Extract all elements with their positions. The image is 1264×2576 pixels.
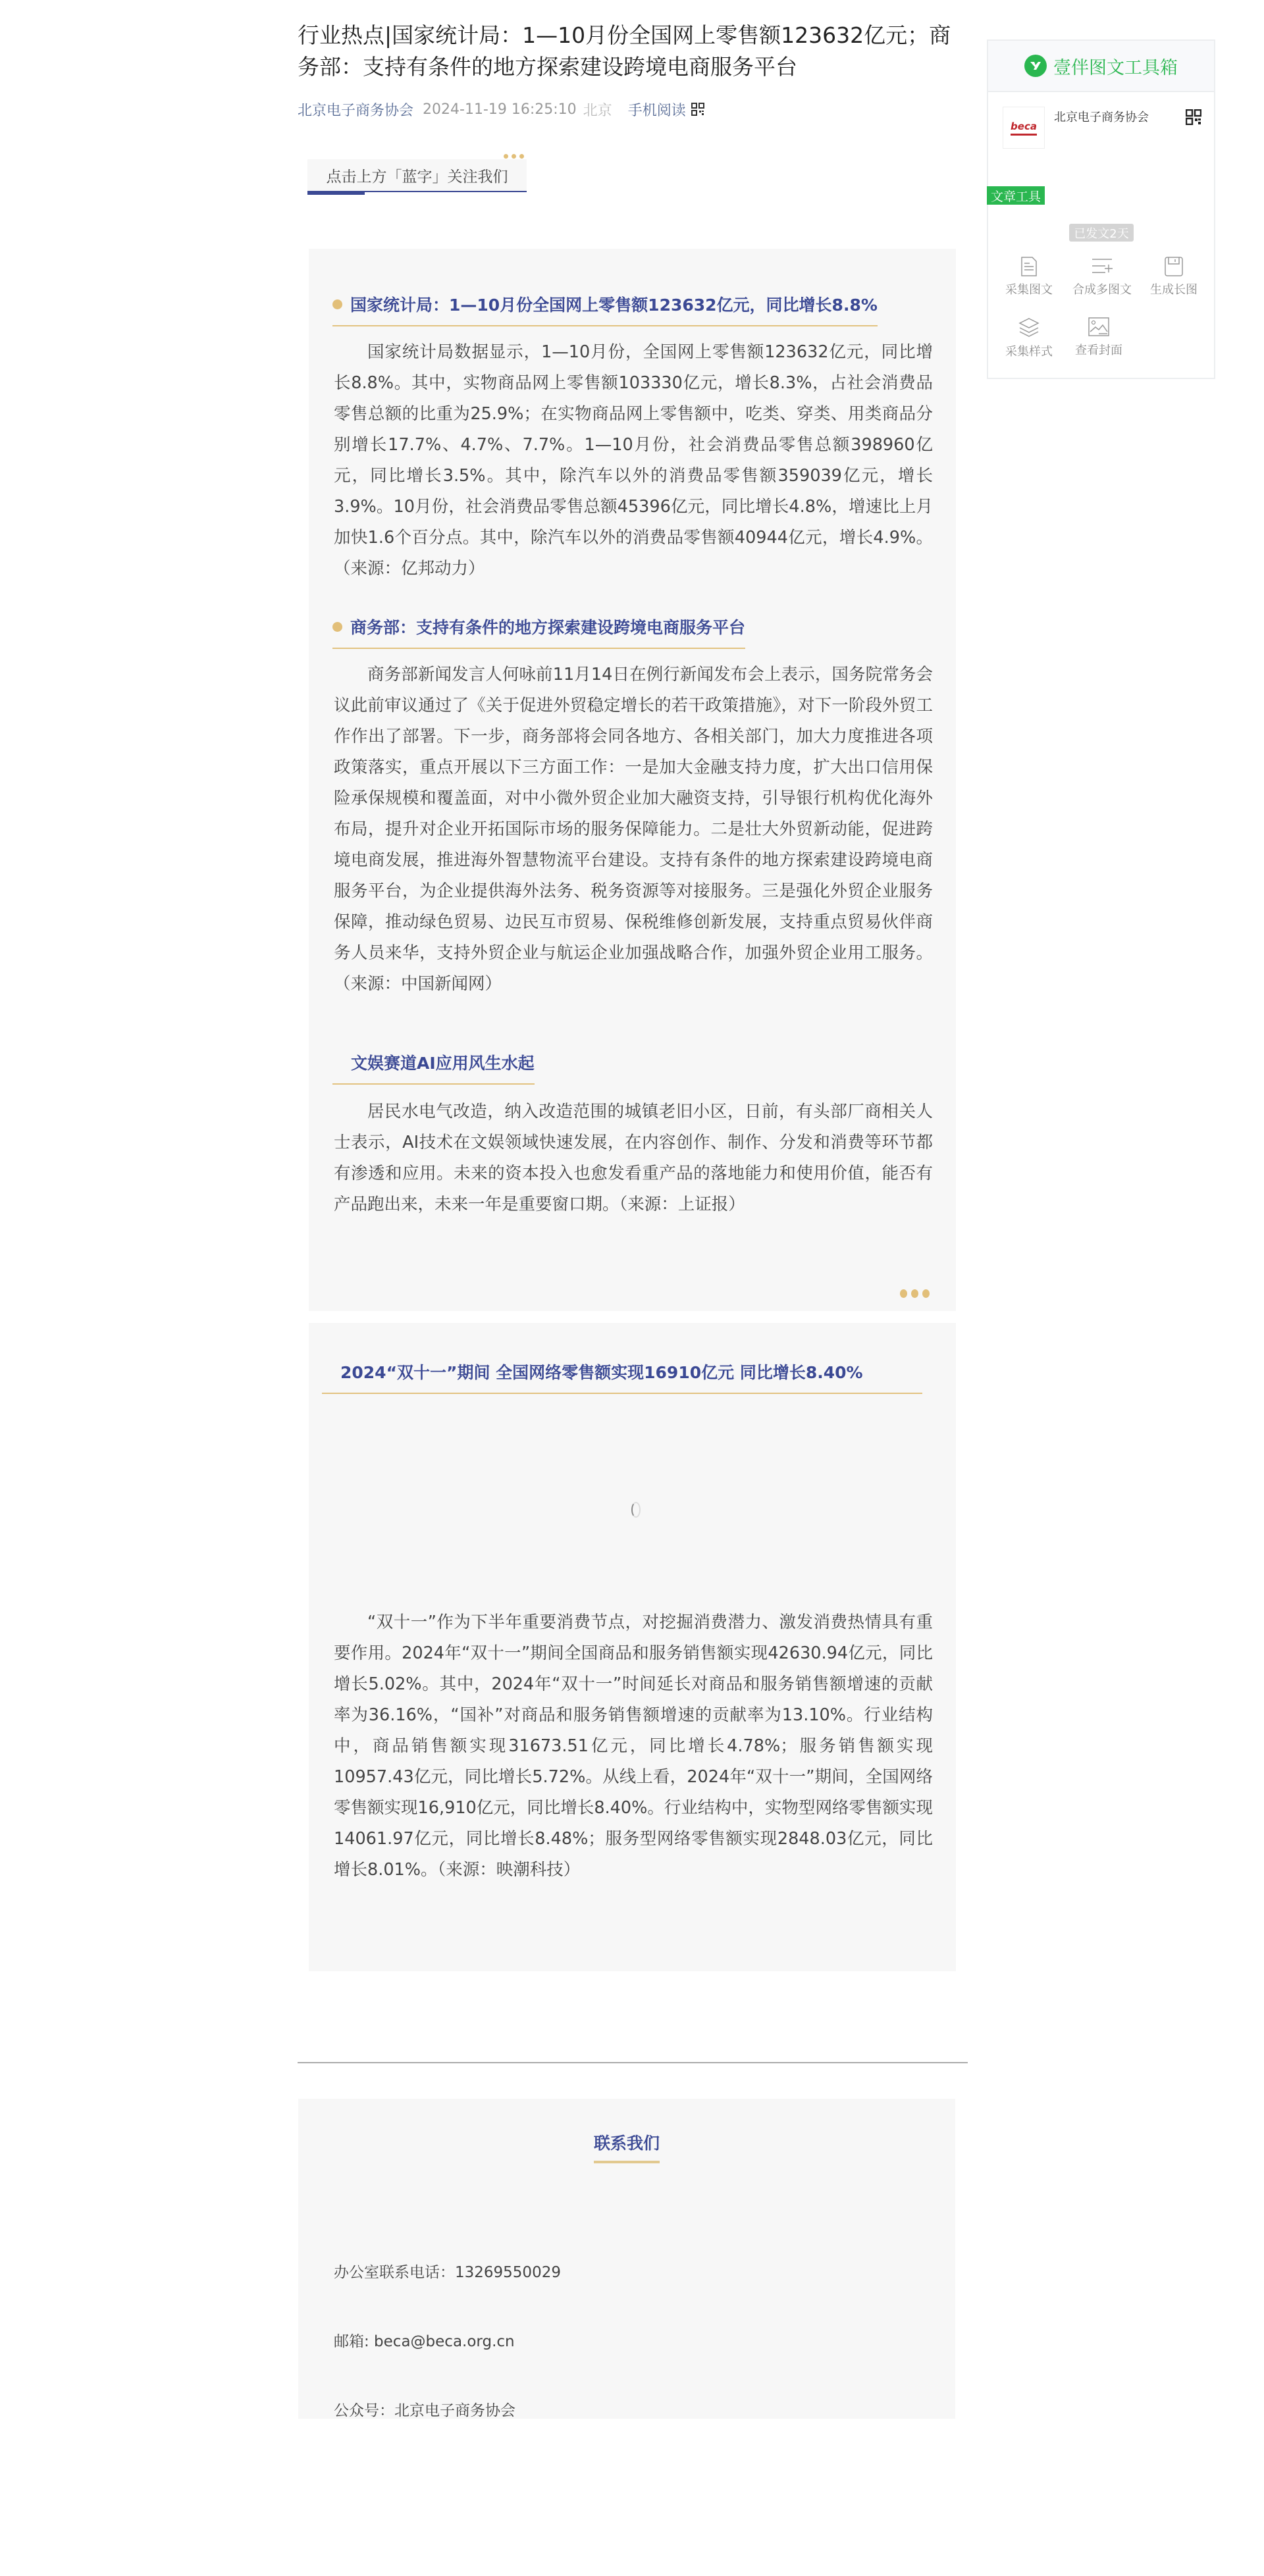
image-icon [1088,317,1109,337]
qr-code-icon[interactable] [691,103,704,116]
section-body-2: 商务部新闻发言人何咏前11月14日在例行新闻发布会上表示，国务院常务会议此前审议… [334,659,933,1000]
contact-email: 邮箱: beca@beca.org.cn [322,2326,934,2354]
document-icon [1020,257,1038,276]
bullet-dot-icon [332,622,342,632]
publish-date: 2024-11-19 16:25:10 [423,101,577,118]
account-name: 北京电子商务协会 [1054,108,1149,125]
section-body-4: “双十一”作为下半年重要消费节点，对挖掘消费潜力、激发消费热情具有重要作用。20… [334,1607,933,1886]
section-body-1: 国家统计局数据显示，1—10月份，全国网上零售额123632亿元，同比增长8.8… [334,337,933,584]
days-badge: 已发文2天 [1069,224,1134,242]
article-meta: 北京电子商务协会 2024-11-19 16:25:10 北京 手机阅读 [298,99,704,120]
article-tools-label: 文章工具 [987,186,1045,205]
contact-title: 联系我们 [298,2130,955,2163]
save-icon [1164,257,1184,276]
qr-code-icon[interactable] [1186,109,1201,125]
tool-view-cover[interactable]: 查看封面 [1066,317,1132,358]
contact-card: 联系我们 办公室联系电话：13269550029 邮箱: beca@beca.o… [298,2099,955,2419]
tool-merge-articles[interactable]: 合成多图文 [1066,257,1138,297]
tool-collect-article[interactable]: 采集图文 [996,257,1062,297]
toolbox-panel: 壹伴图文工具箱 beca 北京电子商务协会 文章工具 已发文2天 采集图文 合成… [987,39,1215,379]
section-heading-3: 文娱赛道AI应用风生水起 [332,1050,535,1085]
article-title: 行业热点|国家统计局：1—10月份全国网上零售额123632亿元；商务部：支持有… [298,20,969,83]
follow-banner-text: 点击上方「蓝字」关注我们 [327,165,508,186]
list-add-icon [1091,257,1113,276]
toolbox-title: 壹伴图文工具箱 [1053,53,1178,79]
author-link[interactable]: 北京电子商务协会 [298,99,413,120]
contact-phone: 办公室联系电话：13269550029 [322,2257,934,2284]
news-card-2: 2024“双十一”期间 全国网络零售额实现16910亿元 同比增长8.40% “… [309,1323,956,1971]
section-heading-4: 2024“双十一”期间 全国网络零售额实现16910亿元 同比增长8.40% [322,1360,922,1394]
news-card-1: 国家统计局：1—10月份全国网上零售额123632亿元，同比增长8.8% 国家统… [309,249,956,1311]
banner-accent-bar [307,191,365,195]
yiban-logo-icon [1024,55,1047,77]
contact-account: 公众号：北京电子商务协会 [322,2395,934,2423]
avatar: beca [1003,107,1045,149]
account-info: beca 北京电子商务协会 [1003,107,1200,149]
section-heading-2: 商务部：支持有条件的地方探索建设跨境电商服务平台 [332,615,745,649]
loading-spinner-icon [631,1502,641,1518]
publish-location: 北京 [583,99,612,120]
divider [298,2062,968,2063]
dots-decoration-icon [504,154,524,159]
mobile-read-link[interactable]: 手机阅读 [628,99,686,120]
follow-banner: 点击上方「蓝字」关注我们 [307,159,527,192]
toolbox-header[interactable]: 壹伴图文工具箱 [988,41,1214,92]
tool-collect-style[interactable]: 采集样式 [996,317,1062,359]
more-dots-icon [900,1289,930,1298]
tool-long-image[interactable]: 生成长图 [1141,257,1207,297]
layers-icon [1018,317,1040,338]
section-body-3: 居民水电气改造，纳入改造范围的城镇老旧小区，日前，有头部厂商相关人士表示，AI技… [334,1096,933,1220]
bullet-dot-icon [332,299,342,309]
section-heading-1: 国家统计局：1—10月份全国网上零售额123632亿元，同比增长8.8% [332,292,878,326]
